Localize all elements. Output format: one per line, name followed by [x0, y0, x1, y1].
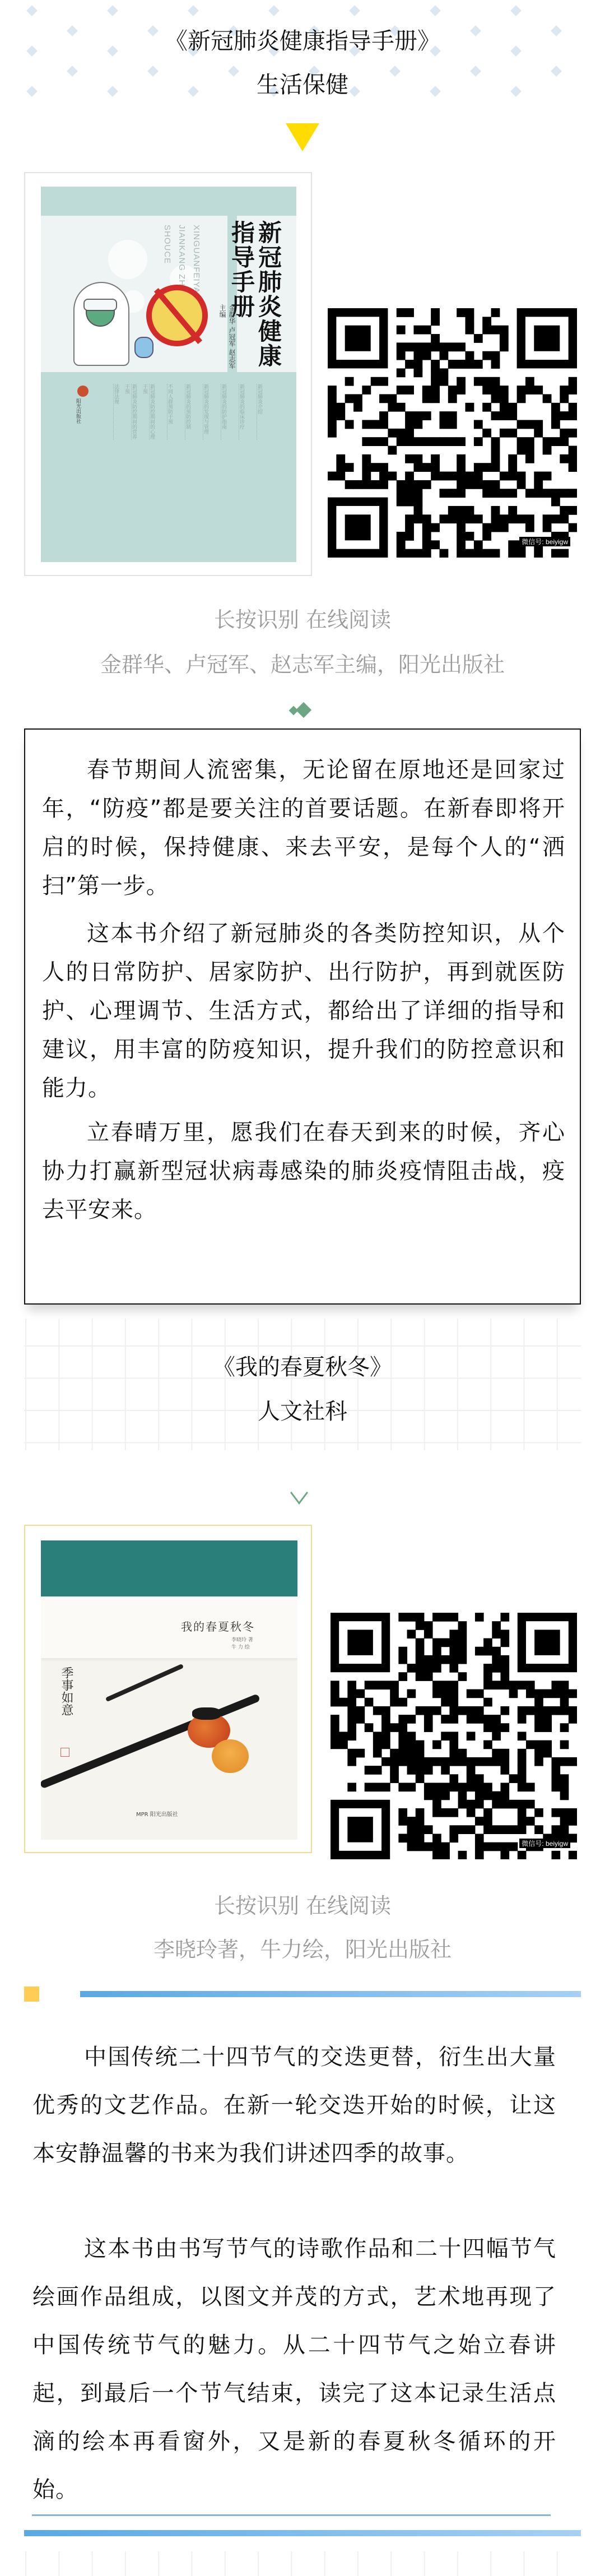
toc-item: 新冠肺炎防控期间的心理干预: [149, 384, 156, 440]
blue-divider-bar: [24, 2530, 581, 2536]
qr-caption: 长按识别 在线阅读: [0, 1888, 605, 1919]
toc-item: 法律法规: [113, 384, 120, 440]
seal-stamp-icon: [61, 1748, 69, 1757]
cover-authors: 金群华 卢冠军 赵志军 主编: [228, 304, 237, 372]
qr-code[interactable]: 微信号: beiyigw: [331, 1613, 577, 1859]
cover-illustrator: 牛 力 绘: [231, 1644, 253, 1651]
grid-pattern-background: [24, 2551, 581, 2576]
cover-calligraphy: 季事如意: [58, 1667, 75, 1751]
paragraph: 春节期间人流密集，无论留在原地还是回家过年，“防疫”都是要关注的首要话题。在新春…: [42, 751, 565, 906]
diamond-decoration: [349, 5, 360, 16]
cover-publisher: 阳光出版社: [75, 398, 82, 443]
paragraph: 这本书由书写节气的诗歌作品和二十四幅节气绘画作品组成，以图文并茂的方式，艺术地再…: [32, 2225, 556, 2514]
cover-title-band: [41, 1596, 297, 1658]
paragraph: 立春晴万里，愿我们在春天到来的时候，齐心协力打赢新型冠状病毒感染的肺炎疫情阻击战…: [42, 1113, 565, 1229]
cover-title: 新冠肺炎健康指导手册: [243, 220, 282, 372]
toc-item: 新冠肺炎的预防控制: [185, 384, 192, 440]
book1-category: 生活保健: [0, 66, 605, 99]
cover-top-band: [41, 187, 296, 216]
cover-bottom-band: [41, 450, 296, 562]
cover-authors: 李晓玲 著 牛 力 绘: [231, 1637, 253, 1651]
diamond-decoration: [268, 5, 280, 16]
yellow-square-marker: [24, 1986, 39, 2002]
toc-item: 新冠肺炎的发现与管理: [203, 384, 210, 440]
toc-item: 新冠肺炎介绍: [257, 384, 263, 440]
book1-credits: 金群华、卢冠军、赵志军主编，阳光出版社: [0, 647, 605, 678]
book1-description-box: 春节期间人流密集，无论留在原地还是回家过年，“防疫”都是要关注的首要话题。在新春…: [24, 728, 581, 1305]
grid-pattern-background: [24, 1319, 581, 1450]
book2-credits: 李晓玲著，牛力绘，阳光出版社: [0, 1932, 605, 1963]
publisher-logo-icon: [77, 386, 89, 397]
persimmon-cap-shape: [192, 1707, 221, 1720]
cover-author: 李晓玲 著: [231, 1637, 253, 1644]
cover-publisher: MPR 阳光出版社: [136, 1809, 178, 1818]
toc-item: 新冠肺炎防控期间的营养干预: [131, 384, 138, 440]
green-diamond-icon: [296, 702, 311, 718]
book2-category: 人文社科: [0, 1394, 605, 1426]
qr-wechat-tag: 微信号: beiyigw: [519, 1839, 570, 1848]
diamond-decoration: [26, 5, 38, 16]
pinyin-line: SHOUCE: [162, 225, 172, 264]
thin-divider: [32, 2514, 551, 2516]
qr-wechat-tag: 微信号: beiyigw: [519, 537, 570, 546]
book2-cover-image[interactable]: 我的春夏秋冬 李晓玲 著 牛 力 绘 季事如意 MPR 阳光出版社: [41, 1540, 297, 1840]
toc-item: 不同人群预防干预: [167, 384, 174, 440]
chevron-down-icon: [290, 1481, 308, 1505]
toc-item: 新冠肺炎的临床诊疗: [239, 384, 245, 440]
diamond-decoration: [510, 5, 522, 16]
goggles-shape: [83, 299, 117, 311]
molecule-shape: [108, 240, 147, 279]
paragraph: 这本书介绍了新冠肺炎的各类防控知识，从个人的日常防护、居家防护、出行防护，再到就…: [42, 915, 565, 1108]
cover-teal-band: [41, 1540, 297, 1596]
toc-item: 新冠肺炎的防护指南: [221, 384, 227, 440]
branch-shape: [105, 1664, 184, 1702]
triangle-down-icon: [286, 123, 319, 151]
cover-title: 我的春夏秋冬: [181, 1618, 255, 1634]
paragraph: 中国传统二十四节气的交迭更替，衍生出大量优秀的文艺作品。在新一轮交迭开始的时候，…: [32, 2033, 556, 2178]
diamond-decoration: [107, 5, 118, 16]
blue-divider-bar: [80, 1991, 581, 1997]
qr-caption: 长按识别 在线阅读: [0, 602, 605, 633]
glove-shape: [134, 337, 153, 358]
diamond-decoration: [188, 5, 199, 16]
book1-title: 《新冠肺炎健康指导手册》: [0, 22, 605, 55]
diamond-decoration: [430, 5, 441, 16]
book2-title: 《我的春夏秋冬》: [0, 1349, 605, 1381]
qr-code[interactable]: 微信号: beiyigw: [328, 308, 577, 558]
book1-cover-image[interactable]: XINGUANFEIYAN JIANKANG ZHIDAO SHOUCE 新冠肺…: [41, 187, 296, 562]
persimmon-shape: [212, 1739, 249, 1773]
